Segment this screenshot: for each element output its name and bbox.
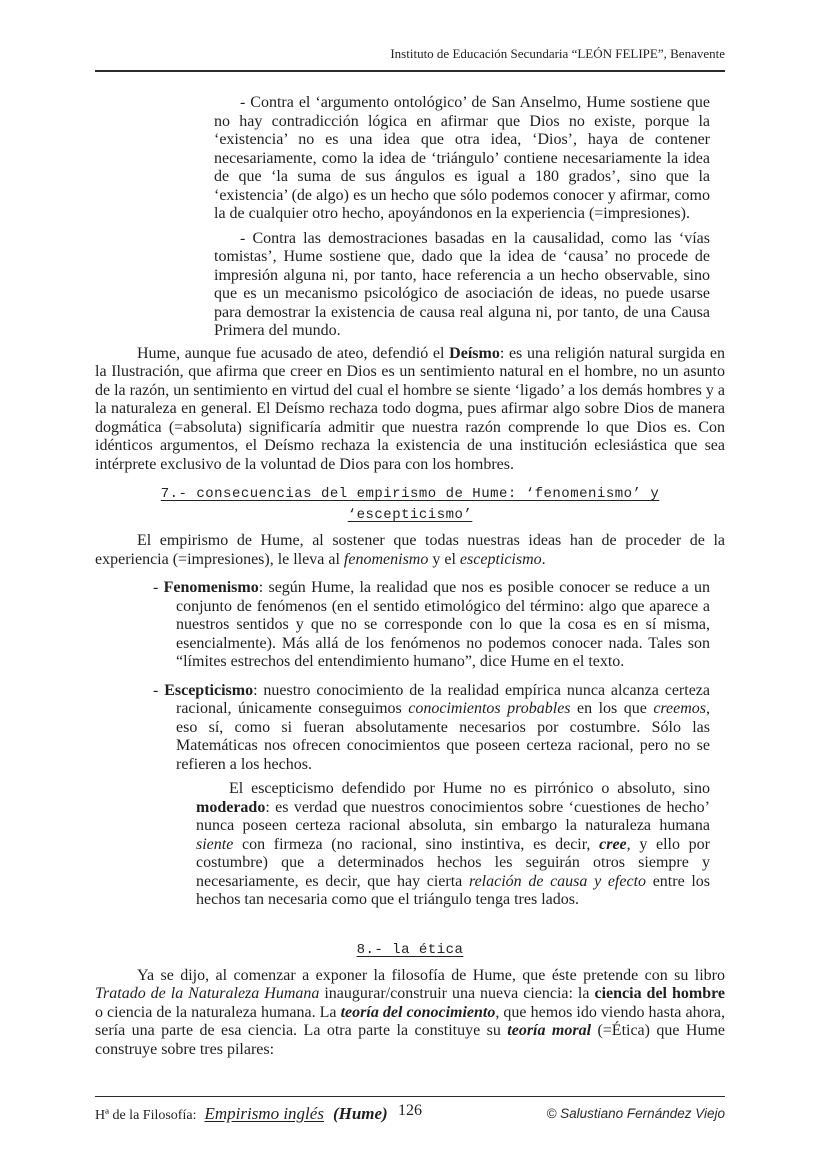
paragraph-fenomenismo: - Fenomenismo: según Hume, la realidad q… — [176, 579, 710, 672]
paragraph-contra-ontologico: - Contra el ‘argumento ontológico’ de Sa… — [214, 94, 710, 224]
page-header: Instituto de Educación Secundaria “LEÓN … — [95, 46, 725, 72]
copyright-notice: © Salustiano Fernández Viejo — [546, 1106, 725, 1121]
institute-name: Instituto de Educación Secundaria “LEÓN … — [390, 46, 725, 61]
document-page: Instituto de Educación Secundaria “LEÓN … — [0, 0, 828, 1171]
paragraph-contra-causalidad: - Contra las demostraciones basadas en l… — [214, 230, 710, 341]
section-7-heading-line-2: ‘escepticismo’ — [95, 505, 725, 526]
section-7-heading: 7.- consecuencias del empirismo de Hume:… — [95, 484, 725, 526]
section-8-heading-line-1: 8.- la ética — [95, 940, 725, 961]
section-7-heading-line-1: 7.- consecuencias del empirismo de Hume:… — [95, 484, 725, 505]
section-8-heading: 8.- la ética — [95, 940, 725, 961]
paragraph-escepticismo: - Escepticismo: nuestro conocimiento de … — [176, 682, 710, 775]
paragraph-deismo: Hume, aunque fue acusado de ateo, defend… — [95, 345, 725, 475]
paragraph-escepticismo-moderado: El escepticismo defendido por Hume no es… — [196, 780, 710, 910]
page-footer: Hª de la Filosofía: Empirismo inglés (Hu… — [95, 1096, 725, 1124]
paragraph-empirismo-intro: El empirismo de Hume, al sostener que to… — [95, 532, 725, 569]
paragraph-etica-intro: Ya se dijo, al comenzar a exponer la fil… — [95, 967, 725, 1060]
